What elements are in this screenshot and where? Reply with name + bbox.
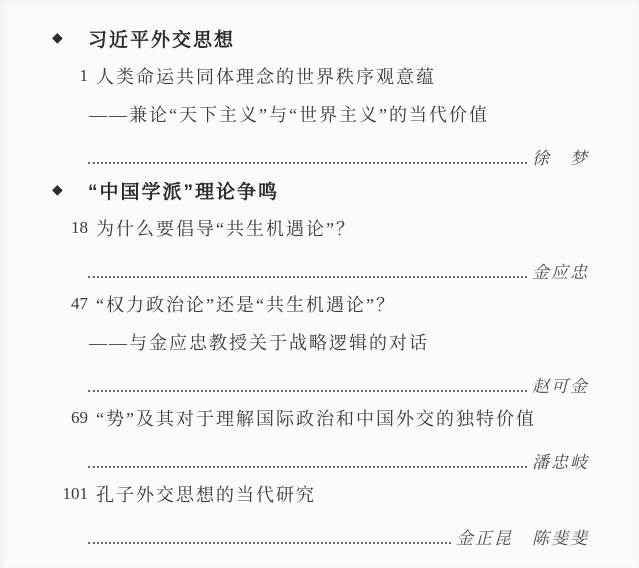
entry-title: 人类命运共同体理念的世界秩序观意蕴 [96, 63, 436, 89]
section-title: “中国学派”理论争鸣 [88, 177, 279, 204]
entry-authors: 潘忠岐 [529, 448, 589, 473]
section-heading: ◆ “中国学派”理论争鸣 [52, 171, 589, 209]
entry-subtitle: ——与金应忠教授关于战略逻辑的对话 [89, 329, 429, 355]
entry-page-number: 1 [52, 66, 88, 86]
entry-authors: 金正昆 陈斐斐 [453, 524, 589, 549]
dots-leader [88, 542, 451, 544]
dots-leader-line: 潘忠岐 [52, 437, 589, 475]
entry-page-number: 47 [52, 294, 88, 314]
entry-title-line: 18 为什么要倡导“共生机遇论”？ [52, 209, 589, 247]
entry-title: “权力政治论”还是“共生机遇论”？ [96, 291, 396, 317]
entry-subtitle-line: ——与金应忠教授关于战略逻辑的对话 [52, 323, 589, 361]
dots-leader-line: 金应忠 [52, 247, 589, 285]
dots-leader-line: 赵可金 [52, 361, 589, 399]
entry-title-line: 47 “权力政治论”还是“共生机遇论”？ [52, 285, 589, 323]
entry-title-line: 1 人类命运共同体理念的世界秩序观意蕴 [52, 57, 589, 95]
dots-leader [88, 466, 527, 468]
entry-title: 孔子外交思想的当代研究 [96, 481, 316, 507]
section-heading: ◆ 习近平外交思想 [52, 19, 589, 57]
toc-page: ◆ 习近平外交思想 1 人类命运共同体理念的世界秩序观意蕴 ——兼论“天下主义”… [0, 0, 639, 568]
dots-leader-line: 徐 梦 [52, 133, 589, 171]
diamond-bullet-icon: ◆ [52, 182, 68, 198]
section-title: 习近平外交思想 [88, 25, 235, 52]
entry-page-number: 101 [52, 484, 88, 504]
diamond-bullet-icon: ◆ [52, 30, 68, 46]
dots-leader [88, 276, 527, 278]
entry-title: “势”及其对于理解国际政治和中国外交的独特价值 [96, 405, 536, 431]
entry-subtitle-line: ——兼论“天下主义”与“世界主义”的当代价值 [52, 95, 589, 133]
dots-leader-line: 金正昆 陈斐斐 [52, 513, 589, 551]
entry-page-number: 69 [52, 408, 88, 428]
entry-authors: 金应忠 [529, 258, 589, 283]
dots-leader [88, 390, 527, 392]
entry-authors: 徐 梦 [529, 144, 589, 169]
entry-authors: 赵可金 [529, 372, 589, 397]
dots-leader [88, 162, 527, 164]
entry-page-number: 18 [52, 218, 88, 238]
entry-subtitle: ——兼论“天下主义”与“世界主义”的当代价值 [89, 101, 489, 127]
entry-title: 为什么要倡导“共生机遇论”？ [96, 215, 356, 241]
entry-title-line: 101 孔子外交思想的当代研究 [52, 475, 589, 513]
entry-title-line: 69 “势”及其对于理解国际政治和中国外交的独特价值 [52, 399, 589, 437]
